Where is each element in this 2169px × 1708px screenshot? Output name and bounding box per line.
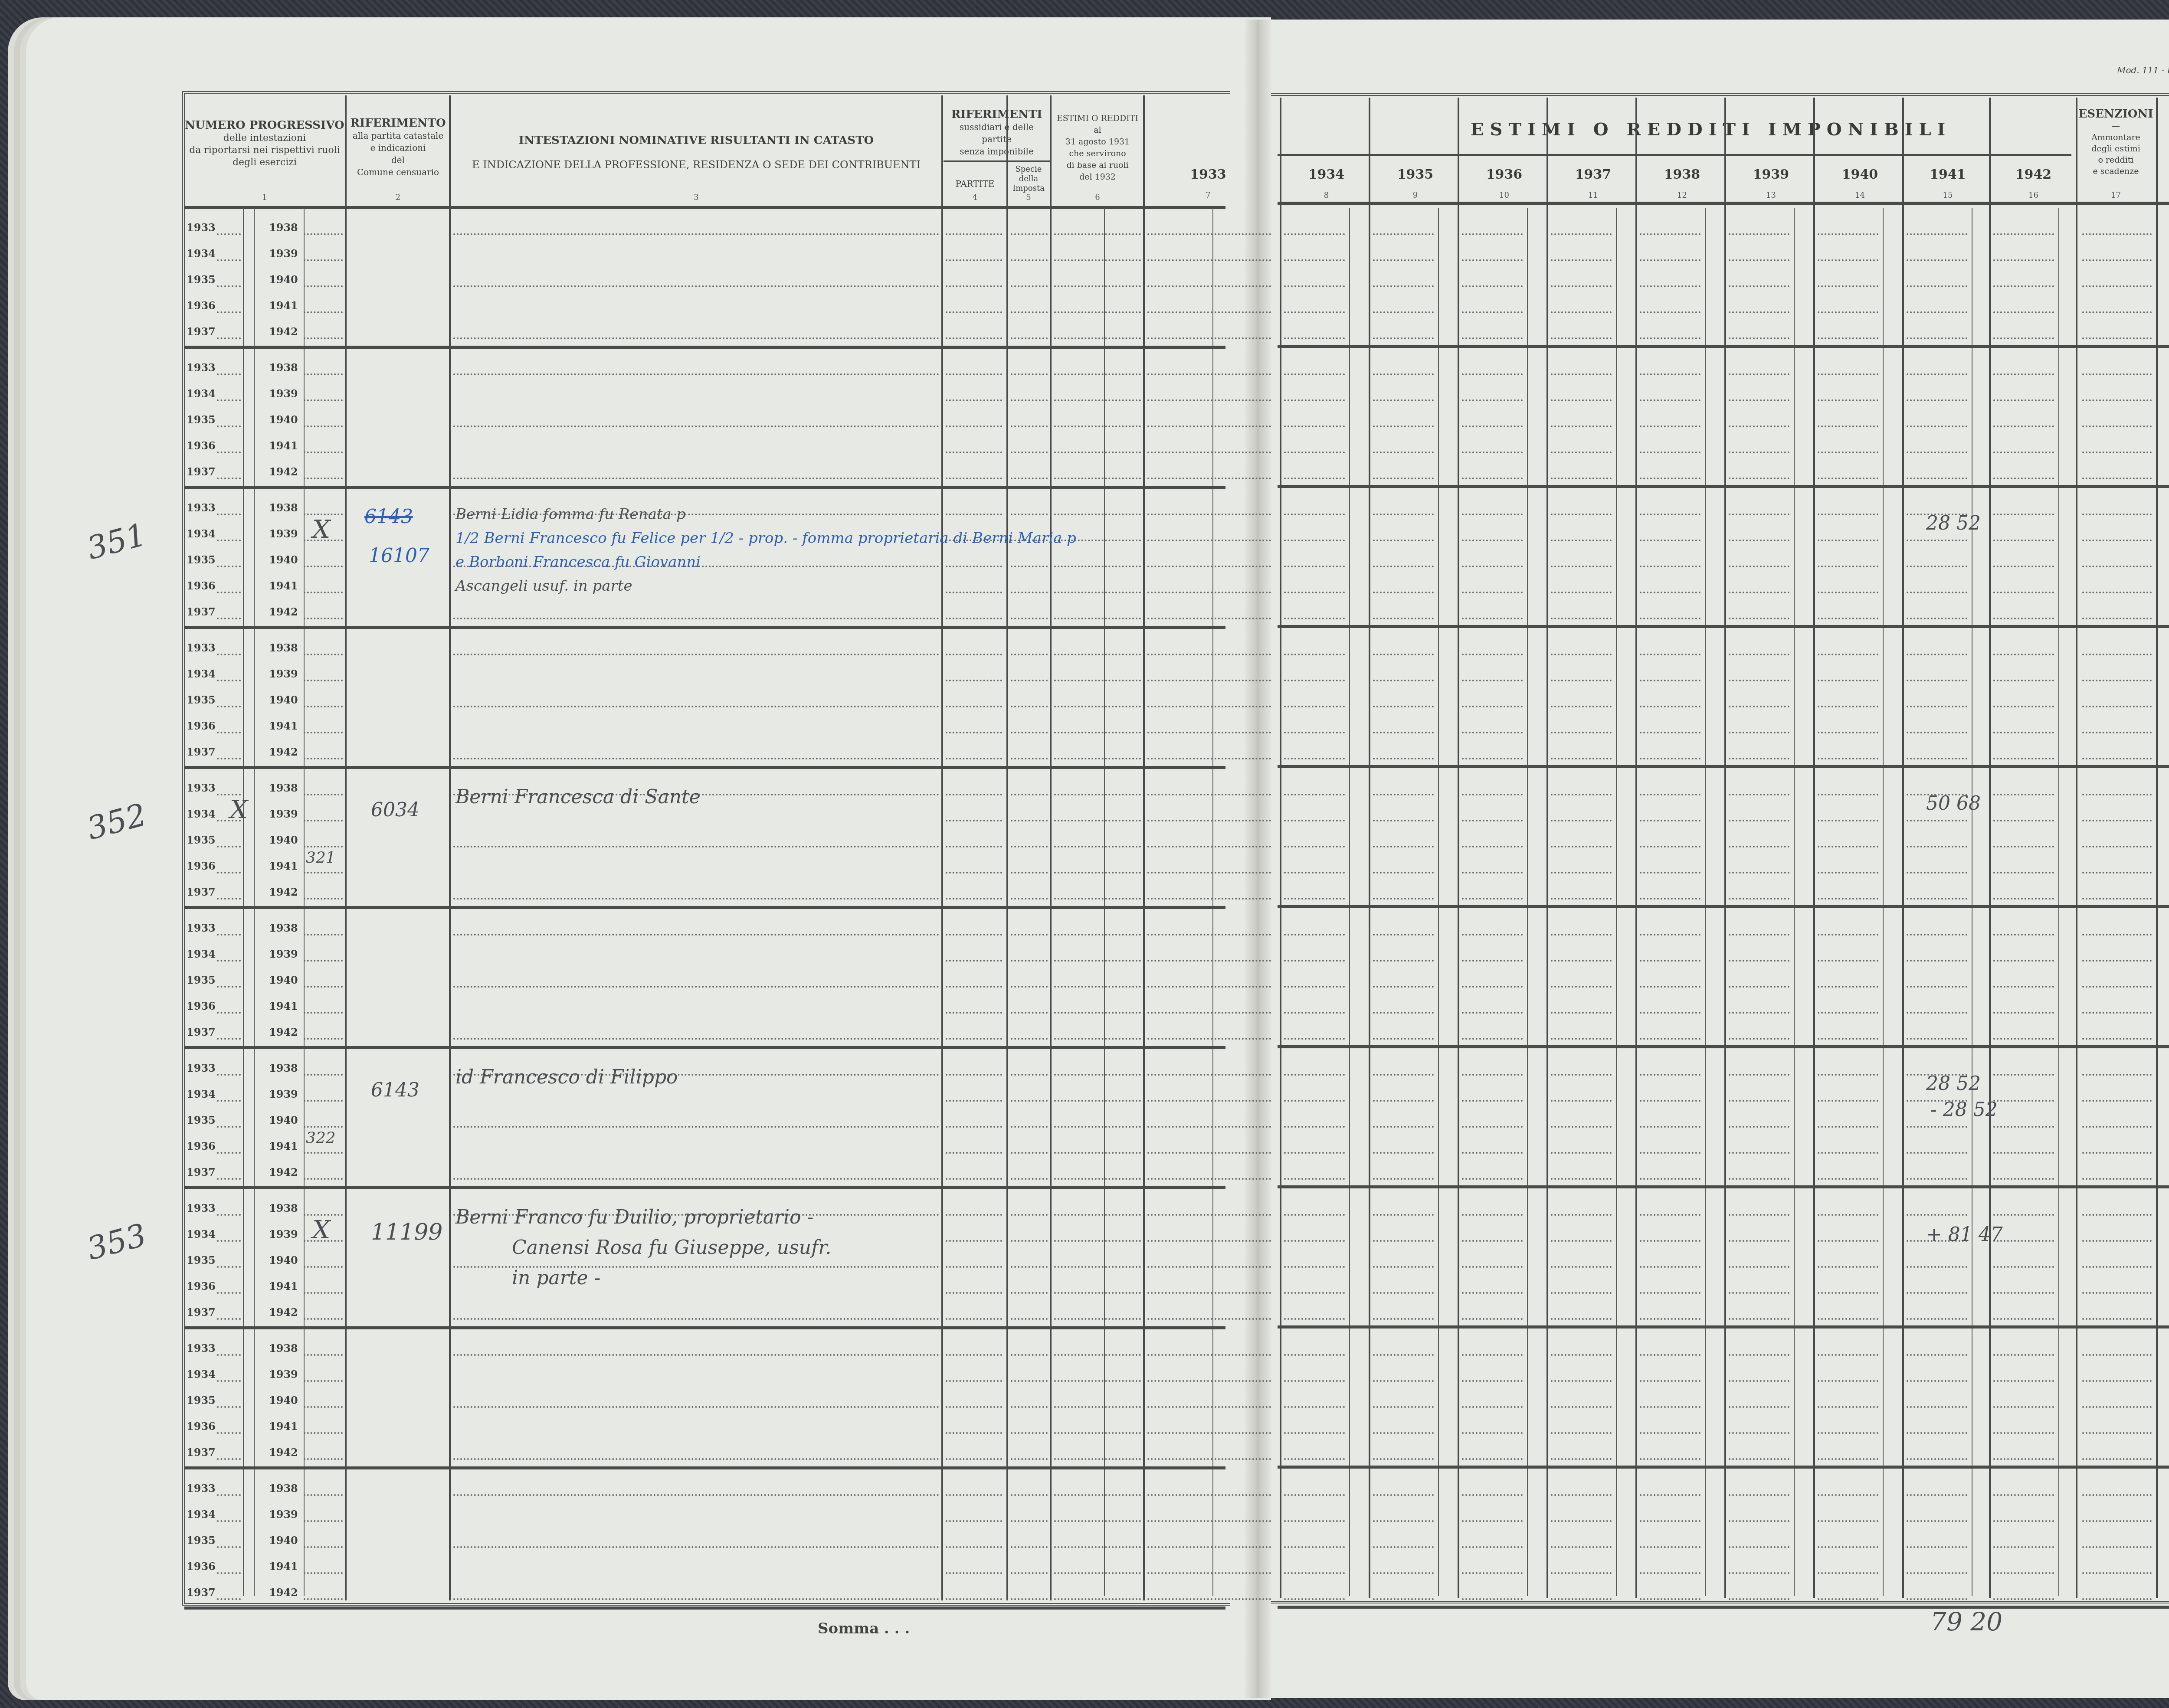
header-col3: INTESTAZIONI NOMINATIVE RISULTANTI IN CA… [451,134,941,171]
intestazione-line: id Francesco di Filippo [455,1066,678,1088]
dotted-rule [946,758,1002,759]
dotted-rule [1818,311,1878,313]
dotted-rule [1462,1100,1523,1102]
column-rule [1369,98,1370,1598]
dotted-rule [2082,259,2152,261]
name-line [453,1178,939,1180]
entry-block-rule [184,1186,1225,1189]
dotted-rule [1011,425,1048,427]
col-number: 11 [1549,191,1638,200]
dotted-rule [1907,706,1967,707]
header-col1-line: degli esercizi [233,157,297,168]
dotted-rule [217,425,241,427]
dotted-rule [1147,1318,1212,1320]
dotted-rule [1993,934,2054,936]
dotted-rule [1907,1572,1967,1574]
name-line [453,1494,939,1496]
entry-block-rule [184,626,1225,629]
dotted-rule [1373,1292,1434,1294]
dotted-rule [1147,233,1212,235]
dotted-rule [1907,311,1967,313]
right-table-frame [1271,93,2169,1603]
dotted-rule [1373,706,1434,707]
dotted-rule [1818,1406,1878,1408]
dotted-rule [1284,846,1345,847]
dotted-rule [1907,1458,1967,1460]
dotted-rule [946,1318,1002,1320]
dotted-rule [1993,1126,2054,1128]
column-subrule [1705,208,1706,1596]
dotted-rule [1729,566,1789,567]
dotted-rule [946,478,1002,479]
dotted-rule [217,592,241,593]
year-label: 1936 [187,720,216,732]
dotted-rule [1147,1598,1212,1600]
dotted-rule [1551,1152,1612,1154]
dotted-rule [1373,592,1434,593]
dotted-rule [1907,680,1967,681]
dotted-rule [217,1520,241,1522]
dotted-rule [2082,846,2152,847]
dotted-rule [2082,1038,2152,1040]
name-line [453,654,939,655]
name-line [453,373,939,375]
dotted-rule [1551,399,1612,401]
column-rule [1635,98,1637,1598]
dotted-rule [1215,1240,1271,1242]
dotted-rule [2082,986,2152,988]
name-line [453,233,939,235]
year-label: 1941 [269,579,298,592]
dotted-rule [217,1152,241,1154]
dotted-rule [1993,592,2054,593]
dotted-rule [1818,1318,1878,1320]
dotted-rule [1284,618,1345,619]
dotted-rule [1215,1266,1271,1268]
dotted-rule [1373,1012,1434,1014]
dotted-rule [1284,540,1345,541]
dotted-rule [1011,1354,1048,1356]
dotted-rule [2082,1266,2152,1268]
dotted-rule [1462,986,1523,988]
dotted-rule [1373,1432,1434,1434]
dotted-rule [946,1214,1002,1216]
dotted-rule [1462,478,1523,479]
dotted-rule [946,898,1002,900]
dotted-rule [2082,399,2152,401]
estimo-1941-value: + 81 47 [1926,1224,2003,1246]
dotted-rule [946,1240,1002,1242]
year-label: 1933 [187,782,216,794]
dotted-rule [1462,654,1523,655]
dotted-rule [1993,1100,2054,1102]
dotted-rule [1462,1266,1523,1268]
dotted-rule [1993,1354,2054,1356]
dotted-rule [1215,1214,1271,1216]
dotted-rule [946,1494,1002,1496]
name-line [453,1038,939,1040]
dotted-rule [217,373,241,375]
dotted-rule [1729,960,1789,962]
dotted-rule [304,373,343,375]
dotted-rule [304,1152,343,1154]
entry-block-rule [1278,485,2169,488]
header-col45-title: RIFERIMENTI [951,108,1042,121]
dotted-rule [1462,514,1523,515]
year-label: 1939 [269,1508,298,1521]
dotted-rule [1215,233,1271,235]
year-label: 1934 [187,527,216,540]
dotted-rule [1993,285,2054,287]
dotted-rule [1729,1432,1789,1434]
dotted-rule [1462,285,1523,287]
dotted-rule [1373,1354,1434,1356]
dotted-rule [1729,1214,1789,1216]
year-label: 1934 [187,808,216,820]
somma-1941-value: 79 20 [1930,1607,2002,1636]
dotted-rule [217,1292,241,1294]
dotted-rule [1729,1458,1789,1460]
dotted-rule [1373,233,1434,235]
year-header: 1940 [1815,167,1904,182]
year-label: 1937 [187,1586,216,1599]
dotted-rule [1284,1318,1345,1320]
dotted-rule [1993,872,2054,874]
dotted-rule [1215,1318,1271,1320]
dotted-rule [1551,1354,1612,1356]
dotted-rule [2082,514,2152,515]
dotted-rule [1640,1266,1700,1268]
dotted-rule [1284,794,1345,795]
name-line [453,1126,939,1128]
column-annotation: 321 [306,849,336,867]
dotted-rule [1462,1354,1523,1356]
dotted-rule [946,872,1002,874]
dotted-rule [946,934,1002,936]
dotted-rule [1462,1572,1523,1574]
dotted-rule [1147,1432,1212,1434]
year-label: 1942 [269,325,298,338]
year-label: 1935 [187,1254,216,1266]
dotted-rule [1054,794,1141,795]
dotted-rule [1011,846,1048,847]
dotted-rule [1011,794,1048,795]
dotted-rule [217,654,241,655]
dotted-rule [1907,233,1967,235]
dotted-rule [1818,540,1878,541]
dotted-rule [1147,794,1212,795]
header-col17-line: o redditi [2098,155,2134,165]
entry-block-rule [184,1466,1225,1469]
dotted-rule [1640,1074,1700,1076]
header-col2-line: Comune censuario [357,167,439,177]
dotted-rule [217,1074,241,1076]
dotted-rule [1147,706,1212,707]
dotted-rule [1551,846,1612,847]
dotted-rule [1993,820,2054,821]
dotted-rule [1054,233,1141,235]
header-col1-line: da riportarsi nei rispettivi ruoli [189,145,340,156]
dotted-rule [1054,706,1141,707]
dotted-rule [1373,1100,1434,1102]
dotted-rule [1640,425,1700,427]
dotted-rule [1054,514,1141,515]
dotted-rule [1462,540,1523,541]
year-label: 1933 [187,641,216,654]
header-rule-right [1278,202,2169,205]
dotted-rule [1551,1012,1612,1014]
dotted-rule [304,337,343,339]
column-rule [1280,98,1281,1598]
dotted-rule [1462,1240,1523,1242]
dotted-rule [1147,514,1212,515]
dotted-rule [1818,758,1878,759]
dotted-rule [1284,233,1345,235]
dotted-rule [1373,1572,1434,1574]
dotted-rule [1993,311,2054,313]
dotted-rule [1640,654,1700,655]
header-col6-line: del 1932 [1079,172,1116,182]
name-line [453,1318,939,1320]
dotted-rule [1373,1038,1434,1040]
dotted-rule [1462,259,1523,261]
dotted-rule [1729,337,1789,339]
dotted-rule [217,337,241,339]
entry-block-rule [184,1326,1225,1329]
year-label: 1938 [269,641,298,654]
dotted-rule [2082,1598,2152,1600]
dotted-rule [1215,566,1271,567]
dotted-rule [304,1432,343,1434]
dotted-rule [946,1292,1002,1294]
dotted-rule [1373,820,1434,821]
dotted-rule [217,1598,241,1600]
dotted-rule [1011,233,1048,235]
dotted-rule [1147,872,1212,874]
dotted-rule [1993,1012,2054,1014]
dotted-rule [1907,259,1967,261]
dotted-rule [1993,618,2054,619]
dotted-rule [2082,758,2152,759]
dotted-rule [304,1292,343,1294]
column-rule [1989,98,1991,1598]
dotted-rule [217,1012,241,1014]
dotted-rule [946,1432,1002,1434]
dotted-rule [1215,399,1271,401]
header-col6-line: ESTIMI O REDDITI [1057,114,1138,123]
dotted-rule [1818,1074,1878,1076]
dotted-rule [304,1354,343,1356]
dotted-rule [2082,872,2152,874]
dotted-rule [1729,1038,1789,1040]
column-rule [2156,98,2158,1598]
dotted-rule [304,425,343,427]
year-label: 1934 [187,247,216,260]
year-label: 1938 [269,361,298,374]
dotted-rule [1373,960,1434,962]
check-mark: X [312,1215,330,1244]
dotted-rule [1640,794,1700,795]
dotted-rule [1215,1380,1271,1382]
dotted-rule [1551,794,1612,795]
dotted-rule [1011,1074,1048,1076]
dotted-rule [1462,618,1523,619]
dotted-rule [2082,706,2152,707]
dotted-rule [1640,259,1700,261]
dotted-rule [217,758,241,759]
year-label: 1942 [269,1586,298,1599]
header-specie: Specie della Imposta [1007,165,1050,193]
year-label: 1940 [269,694,298,706]
year-label: 1937 [187,325,216,338]
dotted-rule [1818,618,1878,619]
year-header: 1938 [1638,167,1727,182]
dotted-rule [1284,986,1345,988]
dotted-rule [1993,1380,2054,1382]
dotted-rule [1729,1012,1789,1014]
dotted-rule [1907,898,1967,900]
dotted-rule [2082,1292,2152,1294]
year-label: 1935 [187,553,216,566]
dotted-rule [2082,1152,2152,1154]
dotted-rule [1054,732,1141,733]
dotted-rule [1907,1292,1967,1294]
dotted-rule [1818,1458,1878,1460]
dotted-rule [1818,1494,1878,1496]
dotted-rule [1640,592,1700,593]
col-number: 9 [1371,191,1460,200]
dotted-rule [1054,425,1141,427]
column-rule [2076,98,2077,1598]
year-label: 1938 [269,922,298,934]
dotted-rule [1818,1266,1878,1268]
dotted-rule [946,986,1002,988]
year-label: 1940 [269,1534,298,1547]
dotted-rule [1729,1100,1789,1102]
header-col2-line: alla partita catastale [353,131,444,141]
dotted-rule [1215,540,1271,541]
col45-subrule [944,160,1050,162]
name-line [453,1458,939,1460]
dotted-rule [1147,285,1212,287]
dotted-rule [1054,1074,1141,1076]
dotted-rule [304,1038,343,1040]
dotted-rule [1818,425,1878,427]
dotted-rule [1640,373,1700,375]
dotted-rule [946,1126,1002,1128]
dotted-rule [1011,1012,1048,1014]
dotted-rule [1284,566,1345,567]
dotted-rule [1147,399,1212,401]
year-label: 1942 [269,465,298,478]
dotted-rule [1818,1038,1878,1040]
dotted-rule [304,1178,343,1180]
dotted-rule [946,1354,1002,1356]
dotted-rule [1054,618,1141,619]
dotted-rule [946,618,1002,619]
dotted-rule [1640,1380,1700,1382]
header-col18-title: ANNOTAZIONI [2156,141,2169,153]
dotted-rule [1640,566,1700,567]
dotted-rule [1215,794,1271,795]
dotted-rule [1054,1520,1141,1522]
column-rule [1143,95,1145,1600]
year-header: 1936 [1460,167,1549,182]
year-label: 1942 [269,1306,298,1319]
header-col1: NUMERO PROGRESSIVO delle intestazioni da… [184,119,345,169]
dotted-rule [1551,233,1612,235]
dotted-rule [1054,898,1141,900]
dotted-rule [1818,1292,1878,1294]
dotted-rule [1284,1380,1345,1382]
dotted-rule [1907,846,1967,847]
dotted-rule [1373,1520,1434,1522]
dotted-rule [1011,566,1048,567]
dotted-rule [1011,1038,1048,1040]
name-line [453,1598,939,1600]
year-label: 1939 [269,1088,298,1100]
year-header: 1934 [1282,167,1371,182]
column-rule [1050,95,1052,1600]
column-subrule [1104,208,1105,1596]
dotted-rule [1640,540,1700,541]
dotted-rule [217,1380,241,1382]
dotted-rule [1215,1598,1271,1600]
dotted-rule [1907,1354,1967,1356]
dotted-rule [946,259,1002,261]
dotted-rule [1551,1038,1612,1040]
dotted-rule [217,1458,241,1460]
year-label: 1933 [187,1482,216,1495]
dotted-rule [1462,1038,1523,1040]
dotted-rule [1640,1126,1700,1128]
dotted-rule [2082,1458,2152,1460]
dotted-rule [1147,1292,1212,1294]
year-label: 1942 [269,1026,298,1038]
dotted-rule [304,732,343,733]
dotted-rule [1147,1380,1212,1382]
dotted-rule [1818,960,1878,962]
dotted-rule [304,1520,343,1522]
dotted-rule [2082,337,2152,339]
year-header: 1935 [1371,167,1460,182]
book-gutter [1245,20,1271,1698]
dotted-rule [1907,732,1967,733]
dotted-rule [1373,1126,1434,1128]
dotted-rule [1284,1546,1345,1548]
partita-number: 6143 [371,1079,419,1101]
dotted-rule [1993,1266,2054,1268]
dotted-rule [1215,1178,1271,1180]
dotted-rule [1640,1406,1700,1408]
dotted-rule [1551,1240,1612,1242]
dotted-rule [1551,654,1612,655]
header-col6-line: al [1094,125,1101,135]
dotted-rule [1147,1494,1212,1496]
dotted-rule [1551,934,1612,936]
dotted-rule [217,680,241,681]
col-number: 1 [184,193,345,202]
dotted-rule [1551,1074,1612,1076]
header-col6-line: di base ai ruoli [1066,160,1128,170]
dotted-rule [1373,1458,1434,1460]
dotted-rule [2082,794,2152,795]
dotted-rule [2082,960,2152,962]
dotted-rule [1729,732,1789,733]
year-label: 1942 [269,746,298,758]
dotted-rule [1215,846,1271,847]
dotted-rule [1054,285,1141,287]
